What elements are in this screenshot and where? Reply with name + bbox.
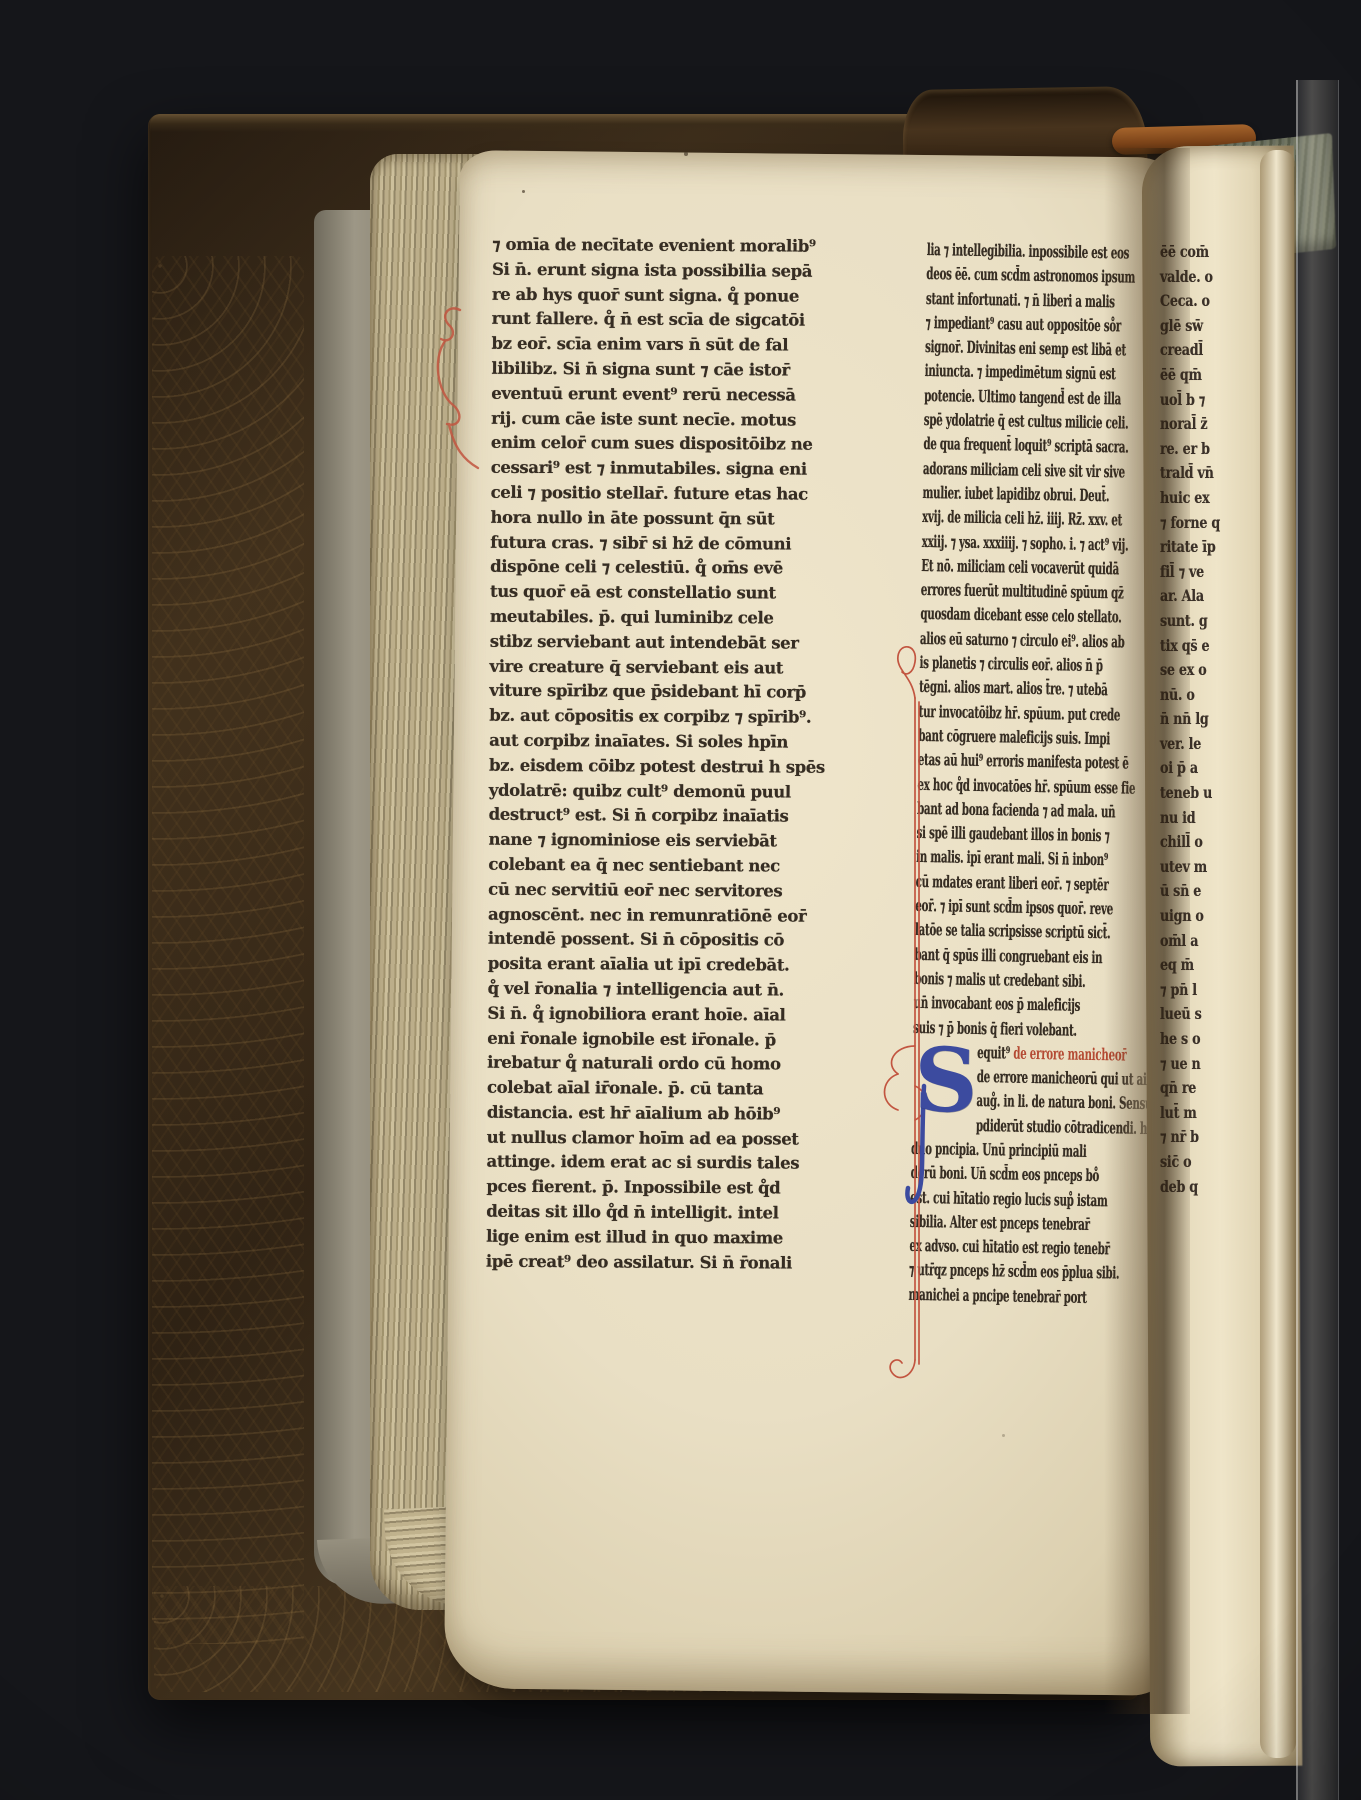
text-line: lut̄ m (1160, 1101, 1267, 1126)
text-line: he s o (1160, 1027, 1267, 1052)
text-line: re. er b (1160, 437, 1267, 462)
text-line: destruct⁹ est. Si n̄ corpibz inaīatis (489, 803, 919, 830)
text-line: libilibz. Si n̄ signa sunt ⁊ cāe istor̄ (491, 357, 921, 384)
text-line: valde. o (1160, 265, 1267, 290)
text-line: oi p̄ a (1160, 756, 1267, 781)
text-line: bz. eisdem cōibz potest destrui h spēs (489, 753, 919, 780)
text-line: ⁊ ue n (1160, 1052, 1267, 1077)
text-line: ēē com̄ (1160, 240, 1267, 265)
text-line: ar. Ala (1160, 584, 1267, 609)
penwork-flourish (868, 618, 968, 1408)
text-line: ⁊ omīa de necītate evenient moralib⁹ (492, 233, 922, 260)
text-line: deb q (1160, 1175, 1267, 1200)
text-line: qn̄ re (1160, 1076, 1267, 1101)
text-line: runt fallere. q̊ n̄ est scīa de sigcatōi (492, 307, 922, 334)
text-line: enim celor̄ cum sues dispositōibz ne (491, 431, 921, 458)
text-line: utev m (1160, 855, 1267, 880)
text-line: re ab hys quor̄ sunt signa. q̊ ponue (492, 282, 922, 309)
text-line: dispōne celi ⁊ celestiū. q̊ om̄s evē (490, 555, 920, 582)
text-line: Ceca. o (1160, 289, 1267, 314)
text-line: q̊ vel r̄onalia ⁊ intelligencia aut n̄. (488, 977, 918, 1004)
text-line: futura cras. ⁊ sibr̄ si hz̄ de cōmuni (490, 530, 920, 557)
text-line: eni r̄onale ignobile est ir̄onale. p̄ (487, 1026, 917, 1053)
text-line: sic̄ o (1160, 1150, 1267, 1175)
text-line: tix qs̄ e (1160, 634, 1267, 659)
text-line: distancia. est hr̄ aīalium ab hōib⁹ (487, 1101, 917, 1128)
red-paraph-flourish (420, 298, 484, 498)
text-line: ⁊ nr̄ b (1160, 1125, 1267, 1150)
text-line: pces fierent. p̄. Inpossibile est q̊d (486, 1175, 916, 1202)
text-line: trald̄ vn̄ (1160, 461, 1267, 486)
rubric-red-text: de errore manicheor̄ (1013, 1043, 1127, 1064)
text-line: ū sn̄ e (1160, 879, 1267, 904)
text-line: ēē qm̄ (1160, 363, 1267, 388)
text-line: nane ⁊ ignominiose eis serviebāt (488, 828, 918, 855)
blind-tooling-pattern-left (152, 256, 304, 1644)
speck (522, 190, 525, 193)
text-line: aut corpibz inaīates. Si soles hpīn (489, 729, 919, 756)
text-line: uign o (1160, 904, 1267, 929)
text-line: lueū s (1160, 1002, 1267, 1027)
text-line: ver. le (1160, 732, 1267, 757)
text-line: meutabiles. p̄. qui luminibz cele (490, 605, 920, 632)
text-line: bz. aut cōpositis ex corpibz ⁊ spīrib⁹. (489, 704, 919, 731)
text-line: eq m̄ (1160, 953, 1267, 978)
text-line: nū. o (1160, 683, 1267, 708)
text-line: chill̄ o (1160, 830, 1267, 855)
speck (1002, 1434, 1005, 1437)
text-line: se ex o (1160, 658, 1267, 683)
manuscript-photo: ⁊ omīa de necītate evenient moralib⁹Si n… (0, 0, 1361, 1800)
text-line: attinge. idem erat ac si surdis tales (486, 1150, 916, 1177)
text-line: teneb u (1160, 781, 1267, 806)
text-line: ydolatrē: quibz cult⁹ demonū puul (489, 778, 919, 805)
text-line: stibz serviebant aut intendebāt ser (490, 629, 920, 656)
text-line: rij. cum cāe iste sunt necīe. motus (491, 406, 921, 433)
text-line: noral̄ z̄ (1160, 412, 1267, 437)
text-line: cessari⁹ est ⁊ inmutabiles. signa eni (491, 456, 921, 483)
text-line: posita erant aīalia ut ipī credebāt. (488, 952, 918, 979)
text-line: ritate īp (1160, 535, 1267, 560)
text-line: hora nullo in āte possunt q̄n sūt (490, 505, 920, 532)
text-line: uol̄ b ⁊ (1160, 388, 1267, 413)
text-column-left: ⁊ omīa de necītate evenient moralib⁹Si n… (486, 233, 922, 1292)
text-line: n̄ nn̄ lg (1160, 707, 1267, 732)
text-line: om̄l a (1160, 929, 1267, 954)
text-line: glē sw̄ (1160, 314, 1267, 339)
text-line: ut nullus clamor hoīm ad ea posset (487, 1125, 917, 1152)
text-line: creadl̄ (1160, 338, 1267, 363)
speck (684, 152, 688, 156)
text-line: colebat aīal ir̄onale. p̄. cū tanta (487, 1076, 917, 1103)
text-line: agnoscēnt. nec in remunratiōnē eor̄ (488, 902, 918, 929)
text-line: fil̄ ⁊ ve (1160, 560, 1267, 585)
text-line: celi ⁊ positio stellar̄. future etas hac (491, 481, 921, 508)
facing-page-text: ēē com̄valde. oCeca. oglē sw̄creadl̄ēē q… (1160, 240, 1267, 1199)
perspex-edge (1296, 80, 1339, 1800)
illuminated-initial: S (913, 1031, 985, 1152)
text-line: Si n̄. q̊ ignobiliora erant hoīe. aīal (487, 1001, 917, 1028)
text-line: lige enim est illud in quo maxime (486, 1225, 916, 1252)
text-line: vire creature q̄ serviebant eis aut (490, 654, 920, 681)
text-line: cū nec servitiū eor̄ nec servitores (488, 877, 918, 904)
text-line: bz eor̄. scīa enim vars n̄ sūt de fal (491, 332, 921, 359)
text-line: colebant ea q̄ nec sentiebant nec (488, 853, 918, 880)
text-line: tus quor̄ eā est constellatio sunt (490, 580, 920, 607)
text-line: viture spīribz que p̄sidebant hī corp̄ (489, 679, 919, 706)
text-line: Si n̄. erunt signa ista possibilia sepā (492, 257, 922, 284)
text-line: ⁊ pn̄ l (1160, 978, 1267, 1003)
text-line: eventuū erunt event⁹ rerū necessā (491, 381, 921, 408)
text-line: nu id (1160, 806, 1267, 831)
text-line: sunt. g (1160, 609, 1267, 634)
text-line: deitas sit illo q̊d n̄ intelligit. intel (486, 1200, 916, 1227)
text-line: ipē creat⁹ deo assilatur. Si n̄ r̄onali (486, 1249, 916, 1276)
text-line: ⁊ forne q (1160, 511, 1267, 536)
text-line: intendē possent. Si n̄ cōpositis cō (488, 927, 918, 954)
text-line: huic ex (1160, 486, 1267, 511)
text-line: irebatur q̊ naturali ordo cū homo (487, 1051, 917, 1078)
